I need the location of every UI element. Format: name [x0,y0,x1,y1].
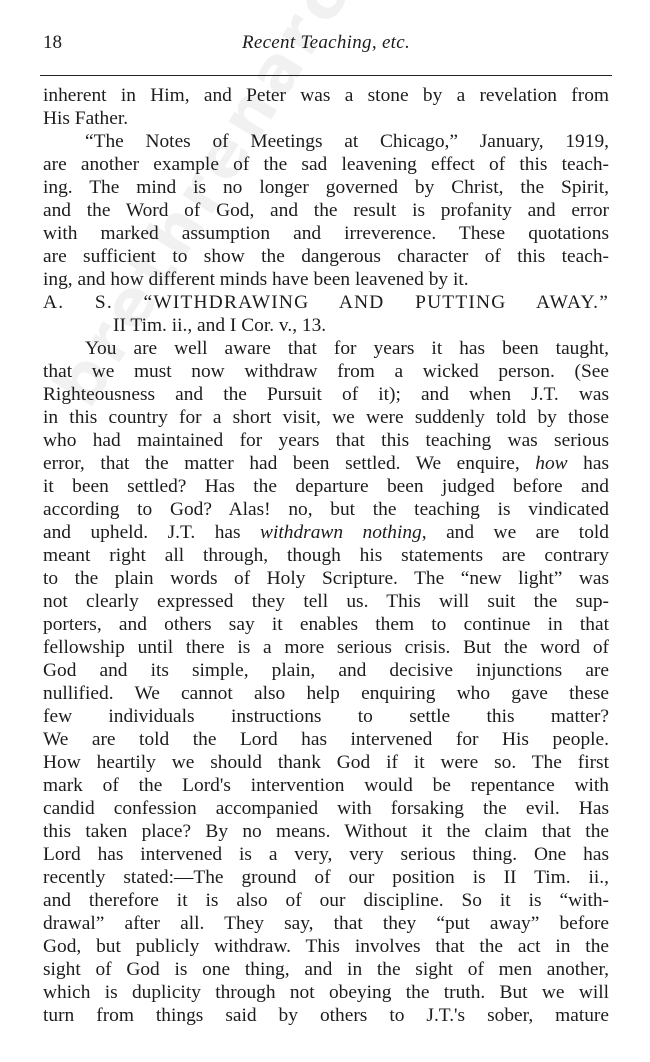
text-line: it been settled? Has the departure been … [43,475,609,498]
text-line: few individuals instructions to settle t… [43,705,609,728]
text-line: this taken place? By no means. Without i… [43,820,609,843]
text-line: in this country for a short visit, we we… [43,406,609,429]
text-line: and the Word of God, and the result is p… [43,199,609,222]
text-line: ing, and how different minds have been l… [43,268,609,291]
text-line: How heartily we should thank God if it w… [43,751,609,774]
text-line: sight of God is one thing, and in the si… [43,958,609,981]
text-line: are sufficient to show the dangerous cha… [43,245,609,268]
text-line: turn from things said by others to J.T.'… [43,1004,609,1027]
text-line: not clearly expressed they tell us. This… [43,590,609,613]
body-text: inherent in Him, and Peter was a stone b… [43,84,609,1027]
text-line: that we must now withdraw from a wicked … [43,360,609,383]
section-heading: A. S. “WITHDRAWING AND PUTTING AWAY.” [43,291,609,314]
text-line: Lord has intervened is a very, very seri… [43,843,609,866]
emphasis: withdrawn nothing [260,522,422,543]
text-line: who had maintained for years that this t… [43,429,609,452]
running-title: Recent Teaching, etc. [43,32,609,54]
text-line: fellowship until there is a more serious… [43,636,609,659]
text-line: II Tim. ii., and I Cor. v., 13. [43,314,609,337]
text-line: and upheld. J.T. has withdrawn nothing, … [43,521,609,544]
text-line: porters, and others say it enables them … [43,613,609,636]
text-line: His Father. [43,107,609,130]
text-line: God, but publicly withdraw. This involve… [43,935,609,958]
text-line: You are well aware that for years it has… [43,337,609,360]
text-line: meant right all through, though his stat… [43,544,609,567]
text-line: recently stated:—The ground of our posit… [43,866,609,889]
text-line: and therefore it is also of our discipli… [43,889,609,912]
text-line: to the plain words of Holy Scripture. Th… [43,567,609,590]
text-line: Righteousness and the Pursuit of it); an… [43,383,609,406]
text-line: error, that the matter had been settled.… [43,452,609,475]
header-rule [40,75,612,76]
text-line: ing. The mind is no longer governed by C… [43,176,609,199]
text-line: nullified. We cannot also help enquiring… [43,682,609,705]
text-line: God and its simple, plain, and decisive … [43,659,609,682]
text-line: drawal” after all. They say, that they “… [43,912,609,935]
emphasis: how [535,453,567,474]
text-line: candid confession accompanied with forsa… [43,797,609,820]
page-header: 18 Recent Teaching, etc. [43,30,609,60]
text-line: are another example of the sad leavening… [43,153,609,176]
text-line: which is duplicity through not obeying t… [43,981,609,1004]
text-line: “The Notes of Meetings at Chicago,” Janu… [43,130,609,153]
text-line: mark of the Lord's intervention would be… [43,774,609,797]
text-line: We are told the Lord has intervened for … [43,728,609,751]
text-line: inherent in Him, and Peter was a stone b… [43,84,609,107]
text-line: with marked assumption and irreverence. … [43,222,609,245]
book-page: 18 Recent Teaching, etc. inherent in Him… [43,0,609,1062]
text-line: according to God? Alas! no, but the teac… [43,498,609,521]
